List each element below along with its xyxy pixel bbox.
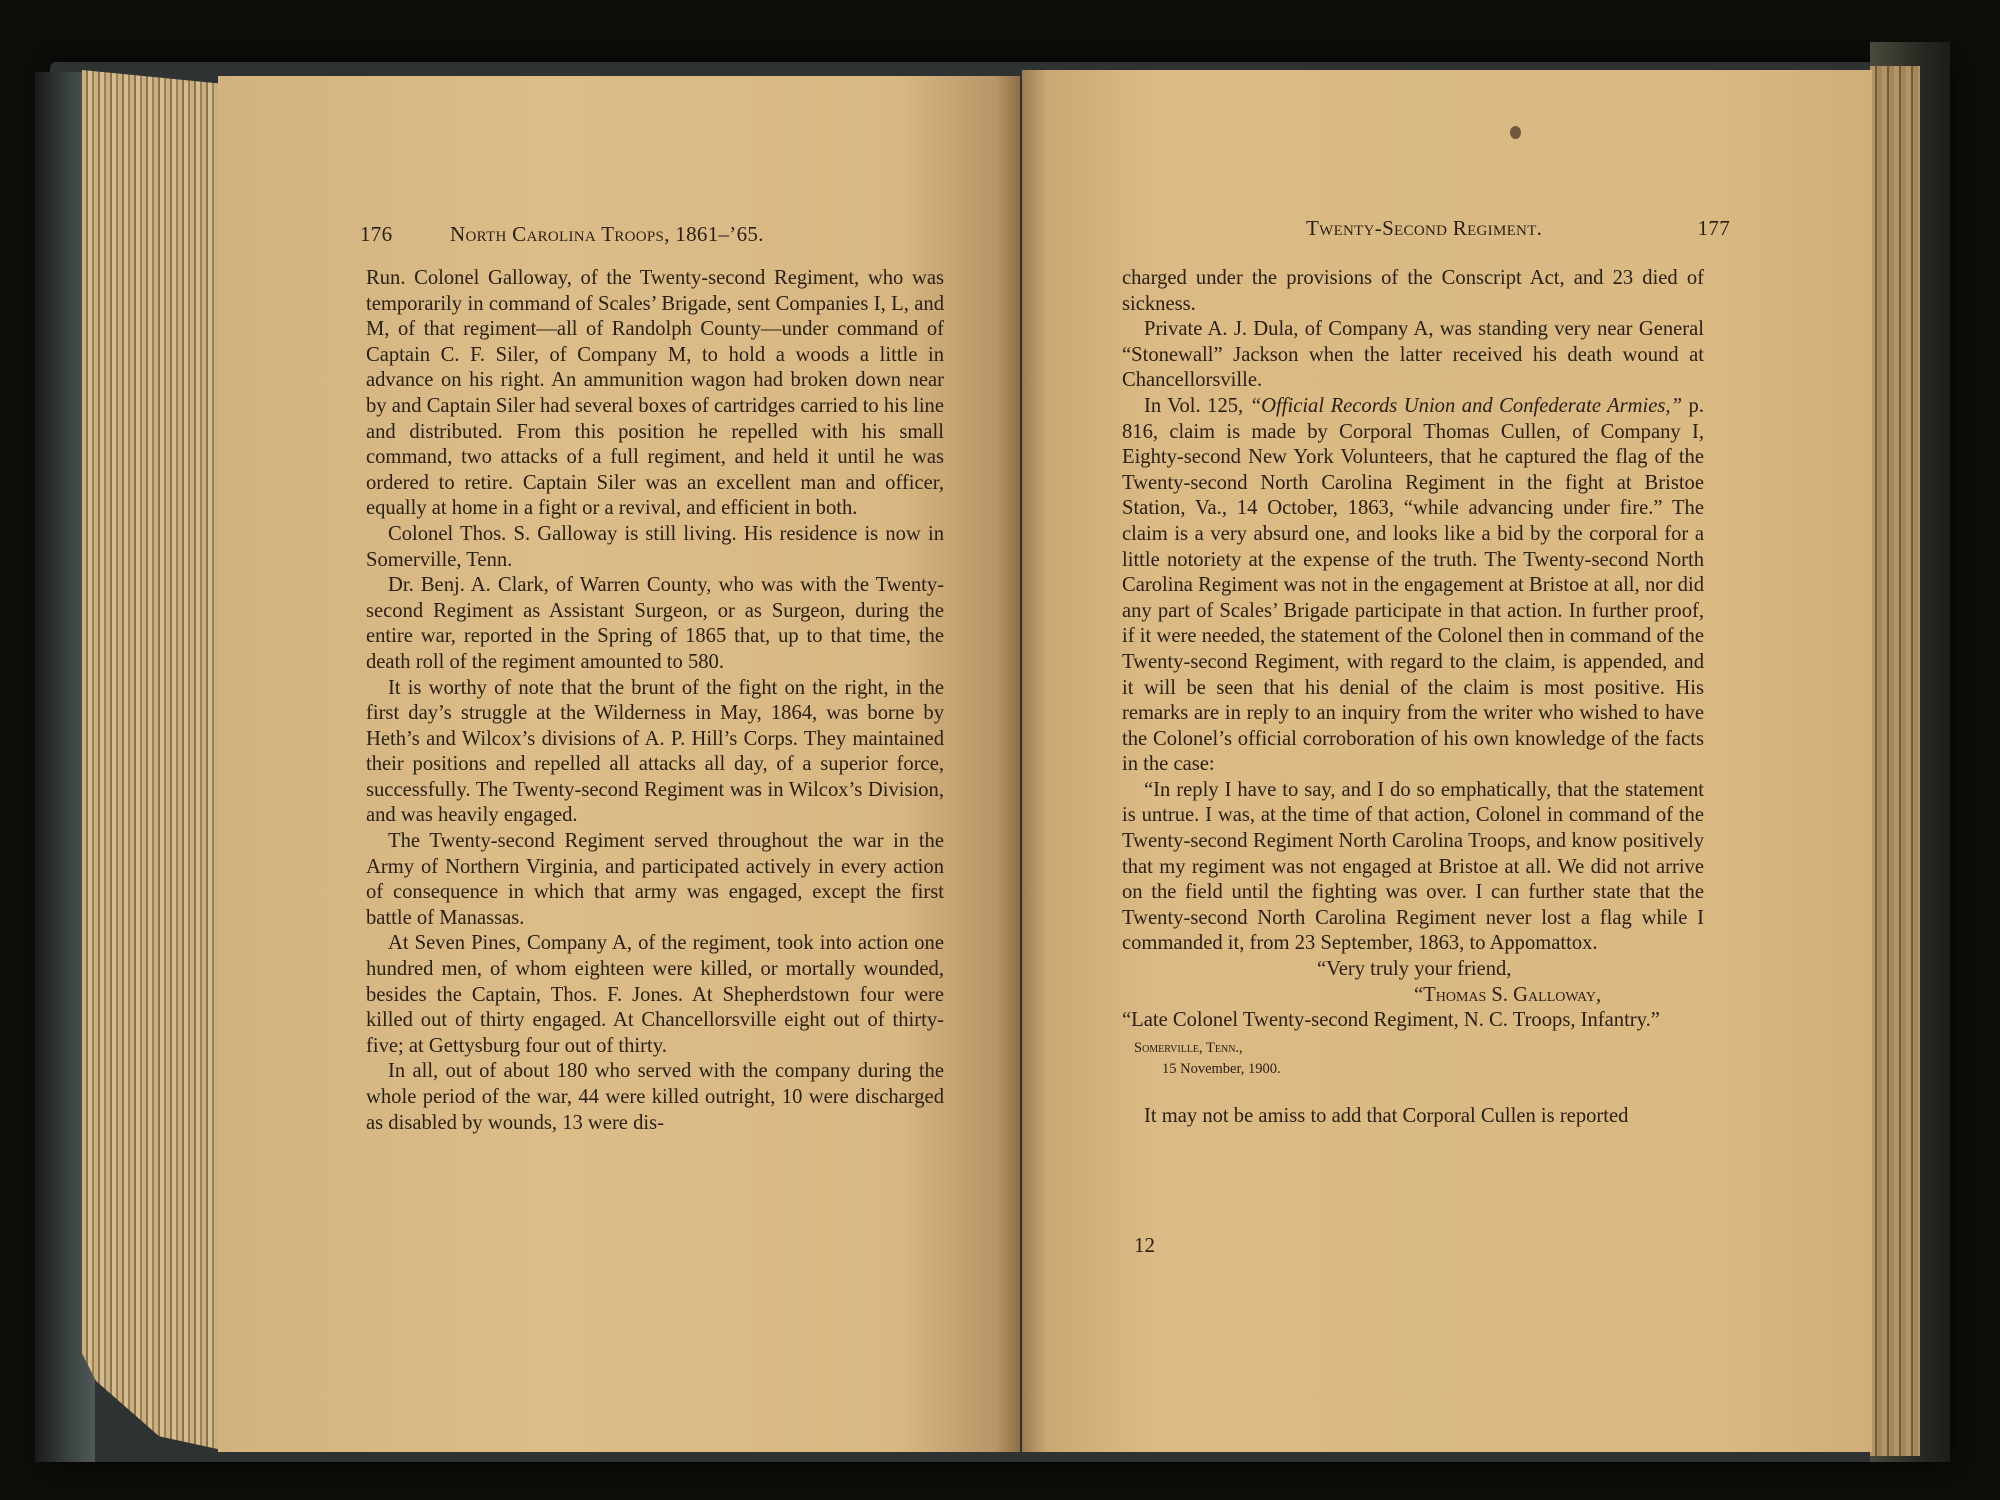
paragraph: It may not be amiss to add that Corporal… xyxy=(1122,1104,1704,1130)
running-head-title: Twenty-Second Regiment. xyxy=(1306,216,1542,241)
ink-blot xyxy=(1510,126,1521,139)
letter-date: 15 November, 1900. xyxy=(1122,1059,1704,1080)
paragraph: In all, out of about 180 who served with… xyxy=(366,1059,944,1136)
paragraph: Private A. J. Dula, of Company A, was st… xyxy=(1122,317,1704,394)
left-page: 176 North Carolina Troops, 1861–’65. Run… xyxy=(218,76,1020,1452)
text: p. 816, claim is made by Corporal Thomas… xyxy=(1122,395,1704,775)
text: In Vol. 125, xyxy=(1144,395,1250,417)
citation-title: “Official Records Union and Confederate … xyxy=(1250,395,1682,417)
paragraph: Colonel Thos. S. Galloway is still livin… xyxy=(366,522,944,573)
paragraph: It is worthy of note that the brunt of t… xyxy=(366,676,944,830)
signature-title: “Late Colonel Twenty-second Regiment, N.… xyxy=(1122,1008,1704,1034)
paragraph: At Seven Pines, Company A, of the regime… xyxy=(366,931,944,1059)
left-running-head: 176 North Carolina Troops, 1861–’65. xyxy=(360,222,1000,247)
page-number: 177 xyxy=(1698,216,1730,241)
paragraph: Dr. Benj. A. Clark, of Warren County, wh… xyxy=(366,573,944,675)
right-body-text: charged under the provisions of the Cons… xyxy=(1122,266,1704,1129)
page-number: 176 xyxy=(360,222,450,247)
letter-place: Somerville, Tenn., xyxy=(1122,1038,1704,1059)
signature-mark: 12 xyxy=(1134,1233,1155,1258)
letter-signature: “Thomas S. Galloway, xyxy=(1122,983,1704,1009)
right-page: Twenty-Second Regiment. 177 charged unde… xyxy=(1022,70,1872,1452)
paragraph: charged under the provisions of the Cons… xyxy=(1122,266,1704,317)
left-page-stack xyxy=(82,70,222,1450)
paragraph: Run. Colonel Galloway, of the Twenty-sec… xyxy=(366,266,944,522)
letter-paragraph: “In reply I have to say, and I do so emp… xyxy=(1122,778,1704,957)
right-page-stack xyxy=(1870,66,1920,1456)
left-body-text: Run. Colonel Galloway, of the Twenty-sec… xyxy=(366,266,944,1136)
right-running-head: Twenty-Second Regiment. 177 xyxy=(1120,216,1730,241)
running-head-title: North Carolina Troops, 1861–’65. xyxy=(450,222,764,247)
paragraph: In Vol. 125, “Official Records Union and… xyxy=(1122,394,1704,778)
paragraph: The Twenty-second Regiment served throug… xyxy=(366,829,944,931)
letter-closing: “Very truly your friend, xyxy=(1122,957,1704,983)
